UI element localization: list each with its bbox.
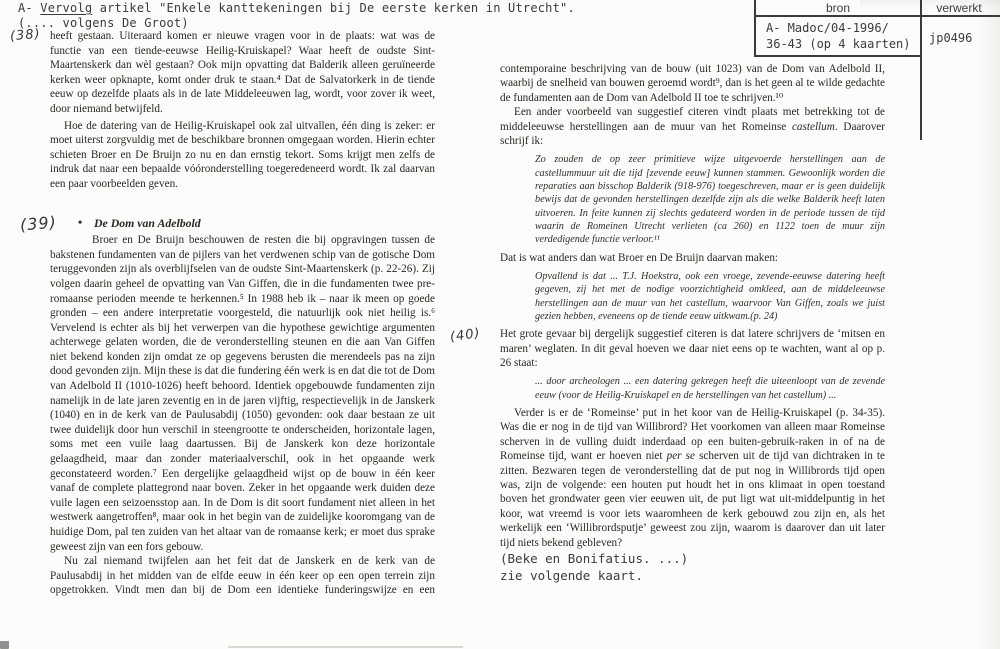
blockquote-1: Zo zouden de op zeer primitieve wijze ui… — [535, 153, 885, 246]
footer-note-line-2: zie volgende kaart. — [500, 568, 643, 583]
archive-card: A- Vervolg artikel "Enkele kanttekeninge… — [0, 0, 1000, 649]
processed-code-value: jp0496 — [929, 30, 972, 46]
margin-note-40: (40) — [449, 326, 481, 345]
card-header-line-1: A- Vervolg artikel "Enkele kanttekeninge… — [18, 1, 575, 16]
paragraph-right-5: Verder is er de ‘Romeinse’ put in het ko… — [500, 406, 885, 550]
paragraph-left-1: heeft gestaan. Uiteraard komen er nieuwe… — [50, 29, 435, 117]
paragraph-right-4: Het grote gevaar bij dergelijk suggestie… — [500, 327, 885, 370]
margin-note-38: (38) — [9, 27, 41, 45]
bullet-icon: • — [78, 215, 82, 230]
header-rest: artikel "Enkele kanttekeningen bij De ee… — [92, 1, 575, 15]
paragraph-left-3: Broer en De Bruijn beschouwen de resten … — [50, 233, 435, 554]
scan-artifact-line — [228, 646, 463, 648]
verwerkt-column-header: verwerkt — [922, 1, 996, 15]
paragraph-right-2: Een ander voorbeeld van suggestief citer… — [500, 105, 885, 148]
paragraph-left-4: Nu zal niemand twijfelen aan het feit da… — [50, 554, 435, 598]
source-reference-line-1: A- Madoc/04-1996/ — [766, 20, 911, 36]
italic-term-per-se: per se — [667, 450, 695, 462]
source-reference-value: A- Madoc/04-1996/36-43 (op 4 kaarten) — [766, 20, 911, 52]
scan-edge-shadow — [978, 0, 1000, 649]
card-header: A- Vervolg artikel "Enkele kanttekeninge… — [18, 1, 575, 31]
paragraph-right-1: contemporaine beschrijving van de bouw (… — [500, 62, 885, 105]
paragraph-right-5-end: scherven uit de tijd van dichtraken in t… — [500, 450, 885, 548]
footer-note-line-1: (Beke en Bonifatius. ...) — [500, 551, 688, 566]
card-footer-note: (Beke en Bonifatius. ...)zie volgende ka… — [500, 550, 885, 584]
paragraph-right-3: Dat is wat anders dan wat Broer en De Br… — [500, 251, 885, 265]
table-header-rule — [754, 15, 1000, 17]
table-border-middle — [920, 0, 922, 140]
section-heading: •De Dom van Adelbold — [50, 216, 435, 231]
italic-term-castellum: castellum — [792, 121, 835, 133]
source-reference-line-2: 36-43 (op 4 kaarten) — [766, 36, 911, 52]
table-row-rule — [754, 55, 922, 57]
section-heading-text: De Dom van Adelbold — [94, 216, 201, 230]
blockquote-3: ... door archeologen ... een datering ge… — [535, 375, 885, 402]
blockquote-2: Opvallend is dat ... T.J. Hoekstra, ook … — [535, 270, 885, 323]
paragraph-left-2: Hoe de datering van de Heilig-Kruiskapel… — [50, 119, 435, 192]
scan-artifact-mark — [0, 641, 9, 649]
header-prefix: A- — [18, 1, 40, 15]
right-column: contemporaine beschrijving van de bouw (… — [500, 62, 885, 584]
header-underlined-word: Vervolg — [40, 1, 92, 15]
left-column: heeft gestaan. Uiteraard komen er nieuwe… — [50, 29, 435, 598]
bron-column-header: bron — [756, 1, 920, 15]
